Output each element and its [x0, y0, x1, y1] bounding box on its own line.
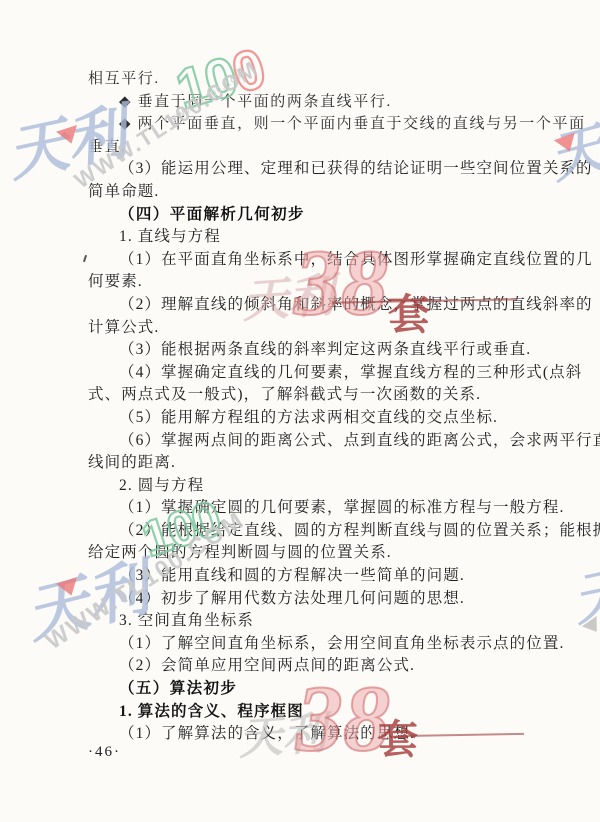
brand-red-triangle-icon-mid: [56, 577, 82, 599]
page-text-block: 相互平行. ◆ 垂直于同一个平面的两条直线平行. ◆ 两个平面垂直，则一个平面内…: [88, 68, 588, 746]
text-line: 给定两个圆的方程判断圆与圆的位置关系.: [88, 542, 588, 565]
text-line: （3）能根据两条直线的斜率判定这两条直线平行或垂直.: [88, 339, 588, 362]
text-line: 计算公式.: [88, 317, 588, 340]
subsection-heading: 1. 直线与方程: [88, 226, 588, 249]
page-number: ·46·: [88, 744, 121, 761]
text-line: （1）在平面直角坐标系中，结合具体图形掌握确定直线位置的几: [88, 249, 588, 272]
text-line: （4）掌握确定直线的几何要素，掌握直线方程的三种形式(点斜: [88, 362, 588, 385]
text-line: 何要素.: [88, 271, 588, 294]
subsection-heading: 2. 圆与方程: [88, 475, 588, 498]
section-heading-4: （四）平面解析几何初步: [88, 204, 588, 227]
text-line: 垂直.: [88, 136, 588, 159]
subsection-heading: 3. 空间直角坐标系: [88, 610, 588, 633]
text-line: （6）掌握两点间的距离公式、点到直线的距离公式，会求两平行直: [88, 430, 588, 453]
brand-red-triangle-icon: [56, 125, 82, 147]
text-line: （3）能运用公理、定理和已获得的结论证明一些空间位置关系的: [88, 158, 588, 181]
text-line: （1）了解空间直角坐标系，会用空间直角坐标表示点的位置.: [88, 633, 588, 656]
text-line: （2）能根据给定直线、圆的方程判断直线与圆的位置关系；能根据: [88, 520, 588, 543]
subsection-heading: 1. 算法的含义、程序框图: [88, 701, 588, 724]
text-line: （4）初步了解用代数方法处理几何问题的思想.: [88, 588, 588, 611]
text-line: 简单命题.: [88, 181, 588, 204]
text-line: （2）理解直线的倾斜角和斜率的概念，掌握过两点的直线斜率的: [88, 294, 588, 317]
text-line: （3）能用直线和圆的方程解决一些简单的问题.: [88, 565, 588, 588]
text-line-bullet: ◆ 垂直于同一个平面的两条直线平行.: [88, 91, 588, 114]
text-line: 式、两点式及一般式)，了解斜截式与一次函数的关系.: [88, 384, 588, 407]
text-line: （1）了解算法的含义，了解算法的思想.: [88, 723, 588, 746]
section-heading-5: （五）算法初步: [88, 678, 588, 701]
text-line-bullet: ◆ 两个平面垂直，则一个平面内垂直于交线的直线与另一个平面: [88, 113, 588, 136]
text-line: （5）能用解方程组的方法求两相交直线的交点坐标.: [88, 407, 588, 430]
scanned-book-page: 天利 100 WWW.TL100.COM WWW.TL100.COM 天利 10…: [0, 0, 600, 822]
text-line: 相互平行.: [88, 68, 588, 91]
text-line: （2）会简单应用空间两点间的距离公式.: [88, 655, 588, 678]
text-line: 线间的距离.: [88, 452, 588, 475]
text-line: （1）掌握确定圆的几何要素，掌握圆的标准方程与一般方程.: [88, 497, 588, 520]
scan-speckle: [83, 255, 87, 262]
